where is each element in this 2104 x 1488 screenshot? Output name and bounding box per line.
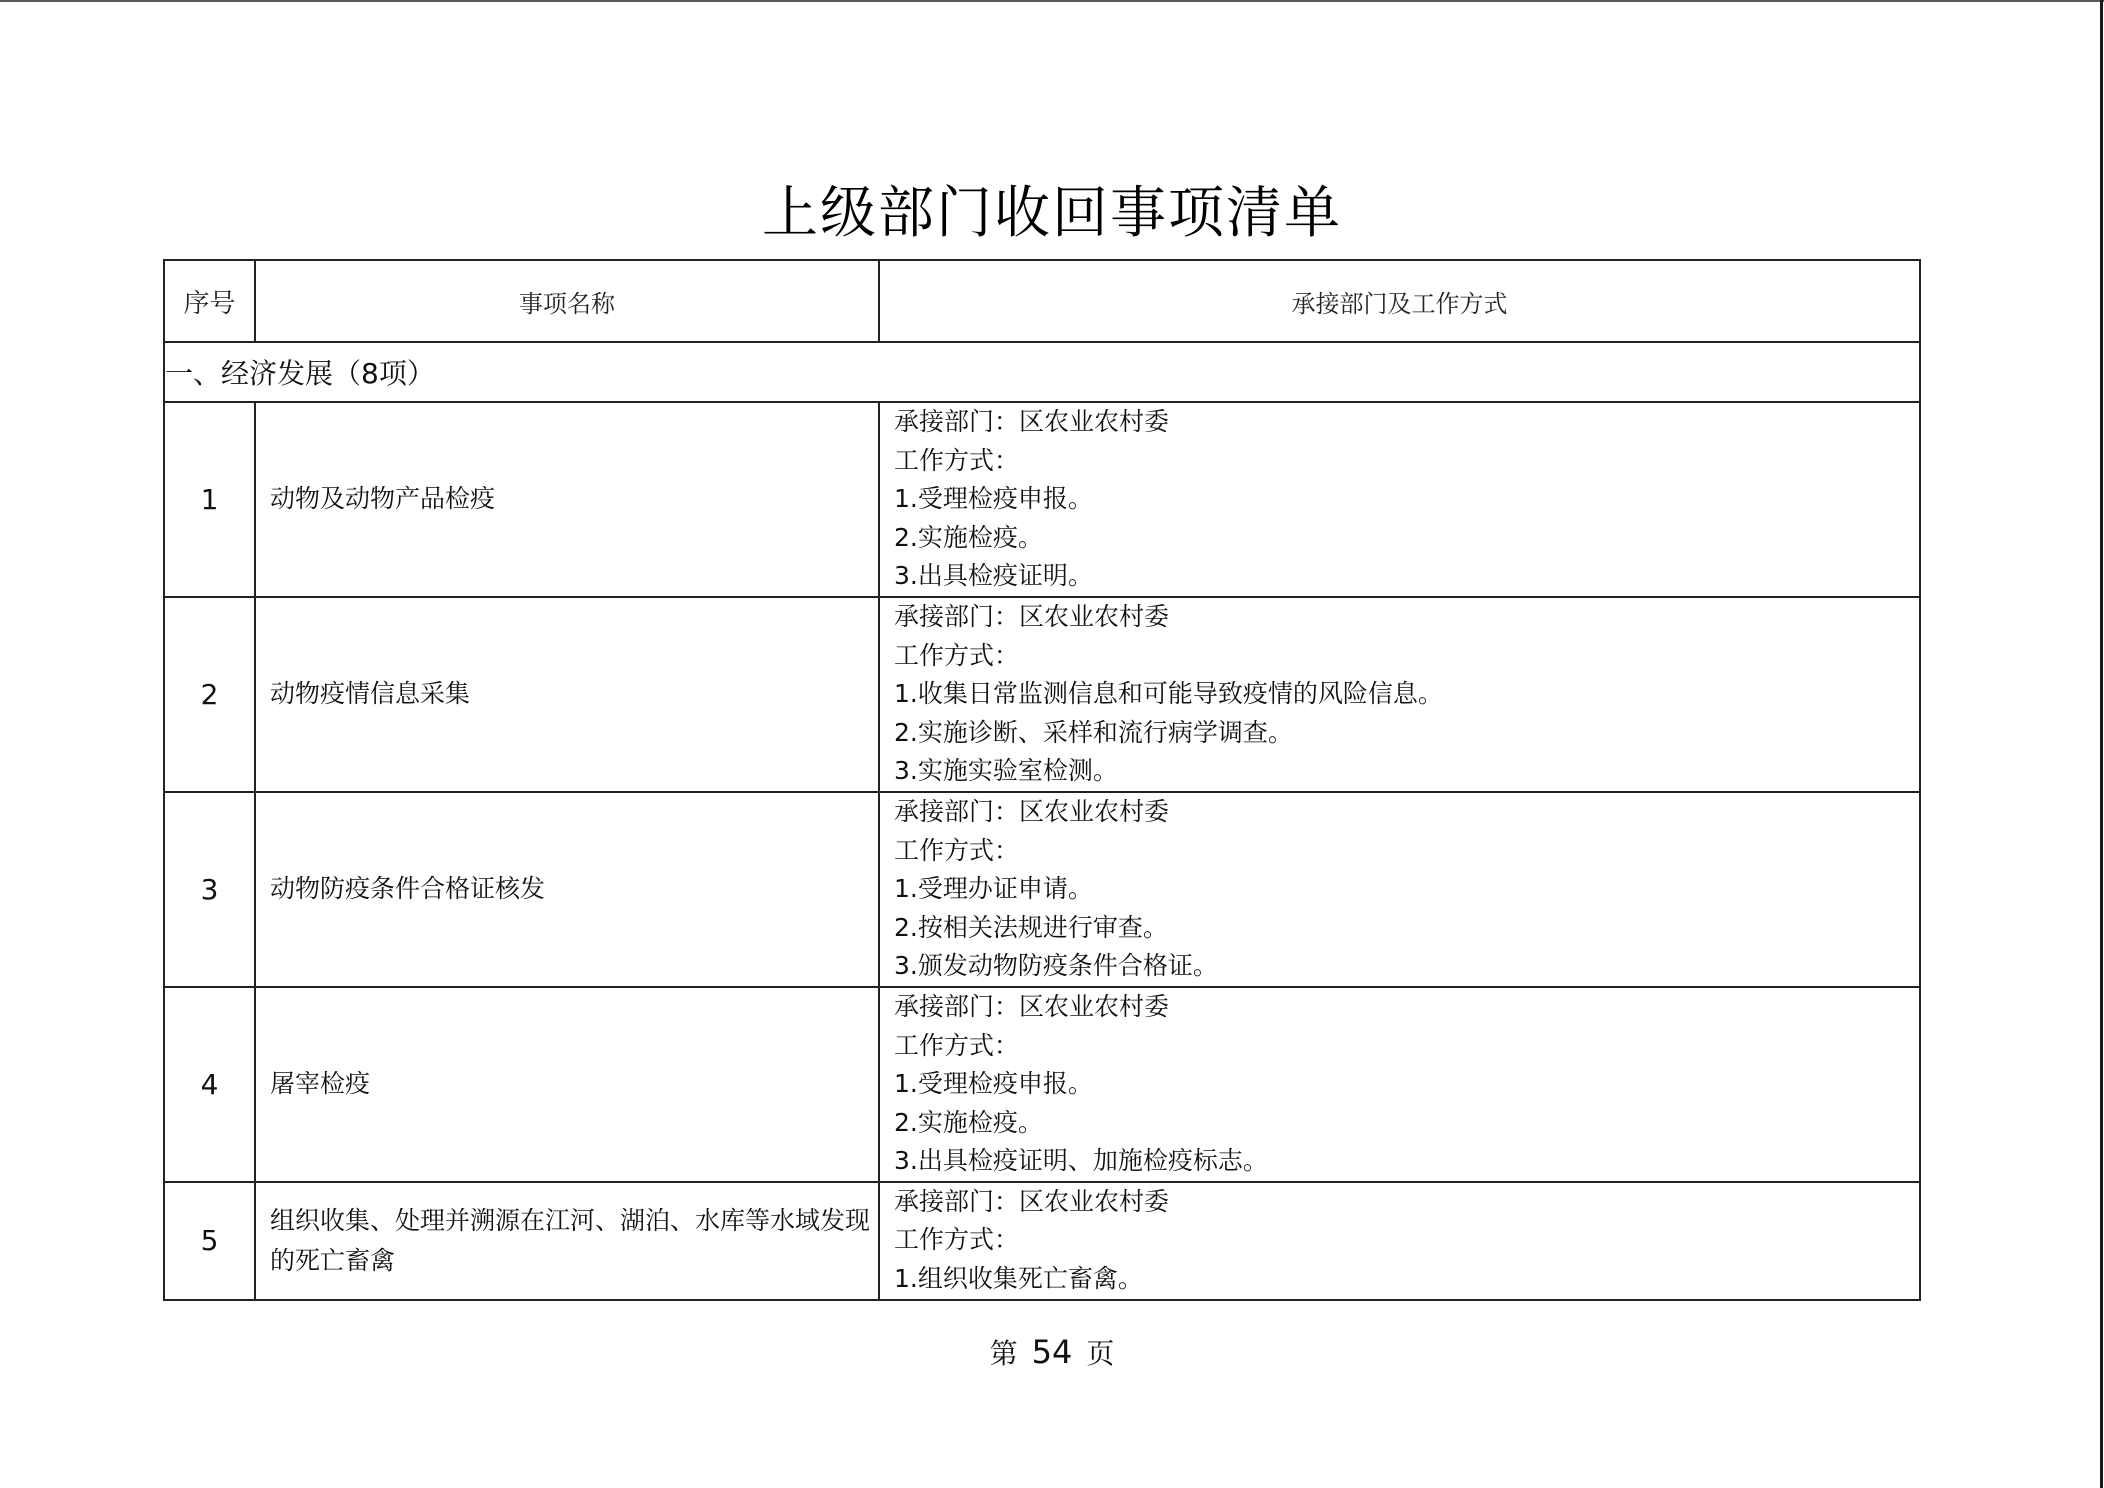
header-name: 事项名称 — [255, 260, 879, 342]
row-method: 承接部门：区农业农村委 工作方式： 1.受理办证申请。 2.按相关法规进行审查。… — [879, 792, 1920, 987]
table-row: 5 组织收集、处理并溯源在江河、湖泊、水库等水域发现的死亡畜禽 承接部门：区农业… — [164, 1182, 1920, 1300]
method-line: 工作方式： — [894, 1027, 1919, 1066]
method-line: 1.受理检疫申报。 — [894, 1065, 1919, 1104]
items-table: 序号 事项名称 承接部门及工作方式 一、经济发展（8项） 1 动物及动物产品检疫… — [163, 259, 1921, 1301]
row-name: 动物防疫条件合格证核发 — [255, 792, 879, 987]
method-line: 承接部门：区农业农村委 — [894, 403, 1919, 442]
table-row: 3 动物防疫条件合格证核发 承接部门：区农业农村委 工作方式： 1.受理办证申请… — [164, 792, 1920, 987]
header-method: 承接部门及工作方式 — [879, 260, 1920, 342]
row-method: 承接部门：区农业农村委 工作方式： 1.组织收集死亡畜禽。 — [879, 1182, 1920, 1300]
method-line: 3.出具检疫证明。 — [894, 557, 1919, 596]
table-row: 2 动物疫情信息采集 承接部门：区农业农村委 工作方式： 1.收集日常监测信息和… — [164, 597, 1920, 792]
method-line: 承接部门：区农业农村委 — [894, 598, 1919, 637]
row-name: 动物及动物产品检疫 — [255, 402, 879, 597]
row-name: 组织收集、处理并溯源在江河、湖泊、水库等水域发现的死亡畜禽 — [255, 1182, 879, 1300]
table-header-row: 序号 事项名称 承接部门及工作方式 — [164, 260, 1920, 342]
method-line: 工作方式： — [894, 1221, 1919, 1260]
row-name: 动物疫情信息采集 — [255, 597, 879, 792]
method-line: 承接部门：区农业农村委 — [894, 1183, 1919, 1222]
method-line: 1.组织收集死亡畜禽。 — [894, 1260, 1919, 1299]
row-index: 4 — [164, 987, 255, 1182]
method-line: 2.实施检疫。 — [894, 519, 1919, 558]
row-method: 承接部门：区农业农村委 工作方式： 1.受理检疫申报。 2.实施检疫。 3.出具… — [879, 987, 1920, 1182]
page-prefix: 第 — [990, 1337, 1018, 1370]
method-line: 3.出具检疫证明、加施检疫标志。 — [894, 1142, 1919, 1181]
method-line: 2.按相关法规进行审查。 — [894, 909, 1919, 948]
method-line: 1.收集日常监测信息和可能导致疫情的风险信息。 — [894, 675, 1919, 714]
section-row: 一、经济发展（8项） — [164, 342, 1920, 402]
page-footer: 第54页 — [0, 1330, 2104, 1376]
table-row: 1 动物及动物产品检疫 承接部门：区农业农村委 工作方式： 1.受理检疫申报。 … — [164, 402, 1920, 597]
method-line: 工作方式： — [894, 832, 1919, 871]
row-index: 2 — [164, 597, 255, 792]
method-line: 承接部门：区农业农村委 — [894, 793, 1919, 832]
method-line: 2.实施诊断、采样和流行病学调查。 — [894, 714, 1919, 753]
page-number: 54 — [1032, 1333, 1073, 1371]
method-line: 3.实施实验室检测。 — [894, 752, 1919, 791]
table-row: 4 屠宰检疫 承接部门：区农业农村委 工作方式： 1.受理检疫申报。 2.实施检… — [164, 987, 1920, 1182]
row-index: 1 — [164, 402, 255, 597]
header-index: 序号 — [164, 260, 255, 342]
method-line: 2.实施检疫。 — [894, 1104, 1919, 1143]
method-line: 工作方式： — [894, 442, 1919, 481]
method-line: 1.受理办证申请。 — [894, 870, 1919, 909]
method-line: 3.颁发动物防疫条件合格证。 — [894, 947, 1919, 986]
section-title: 一、经济发展（8项） — [164, 342, 1920, 402]
row-name: 屠宰检疫 — [255, 987, 879, 1182]
row-index: 3 — [164, 792, 255, 987]
page-suffix: 页 — [1086, 1337, 1114, 1370]
row-method: 承接部门：区农业农村委 工作方式： 1.受理检疫申报。 2.实施检疫。 3.出具… — [879, 402, 1920, 597]
method-line: 工作方式： — [894, 637, 1919, 676]
row-method: 承接部门：区农业农村委 工作方式： 1.收集日常监测信息和可能导致疫情的风险信息… — [879, 597, 1920, 792]
method-line: 承接部门：区农业农村委 — [894, 988, 1919, 1027]
method-line: 1.受理检疫申报。 — [894, 480, 1919, 519]
page-title: 上级部门收回事项清单 — [0, 174, 2104, 254]
page-top-border — [0, 0, 2104, 2]
row-index: 5 — [164, 1182, 255, 1300]
